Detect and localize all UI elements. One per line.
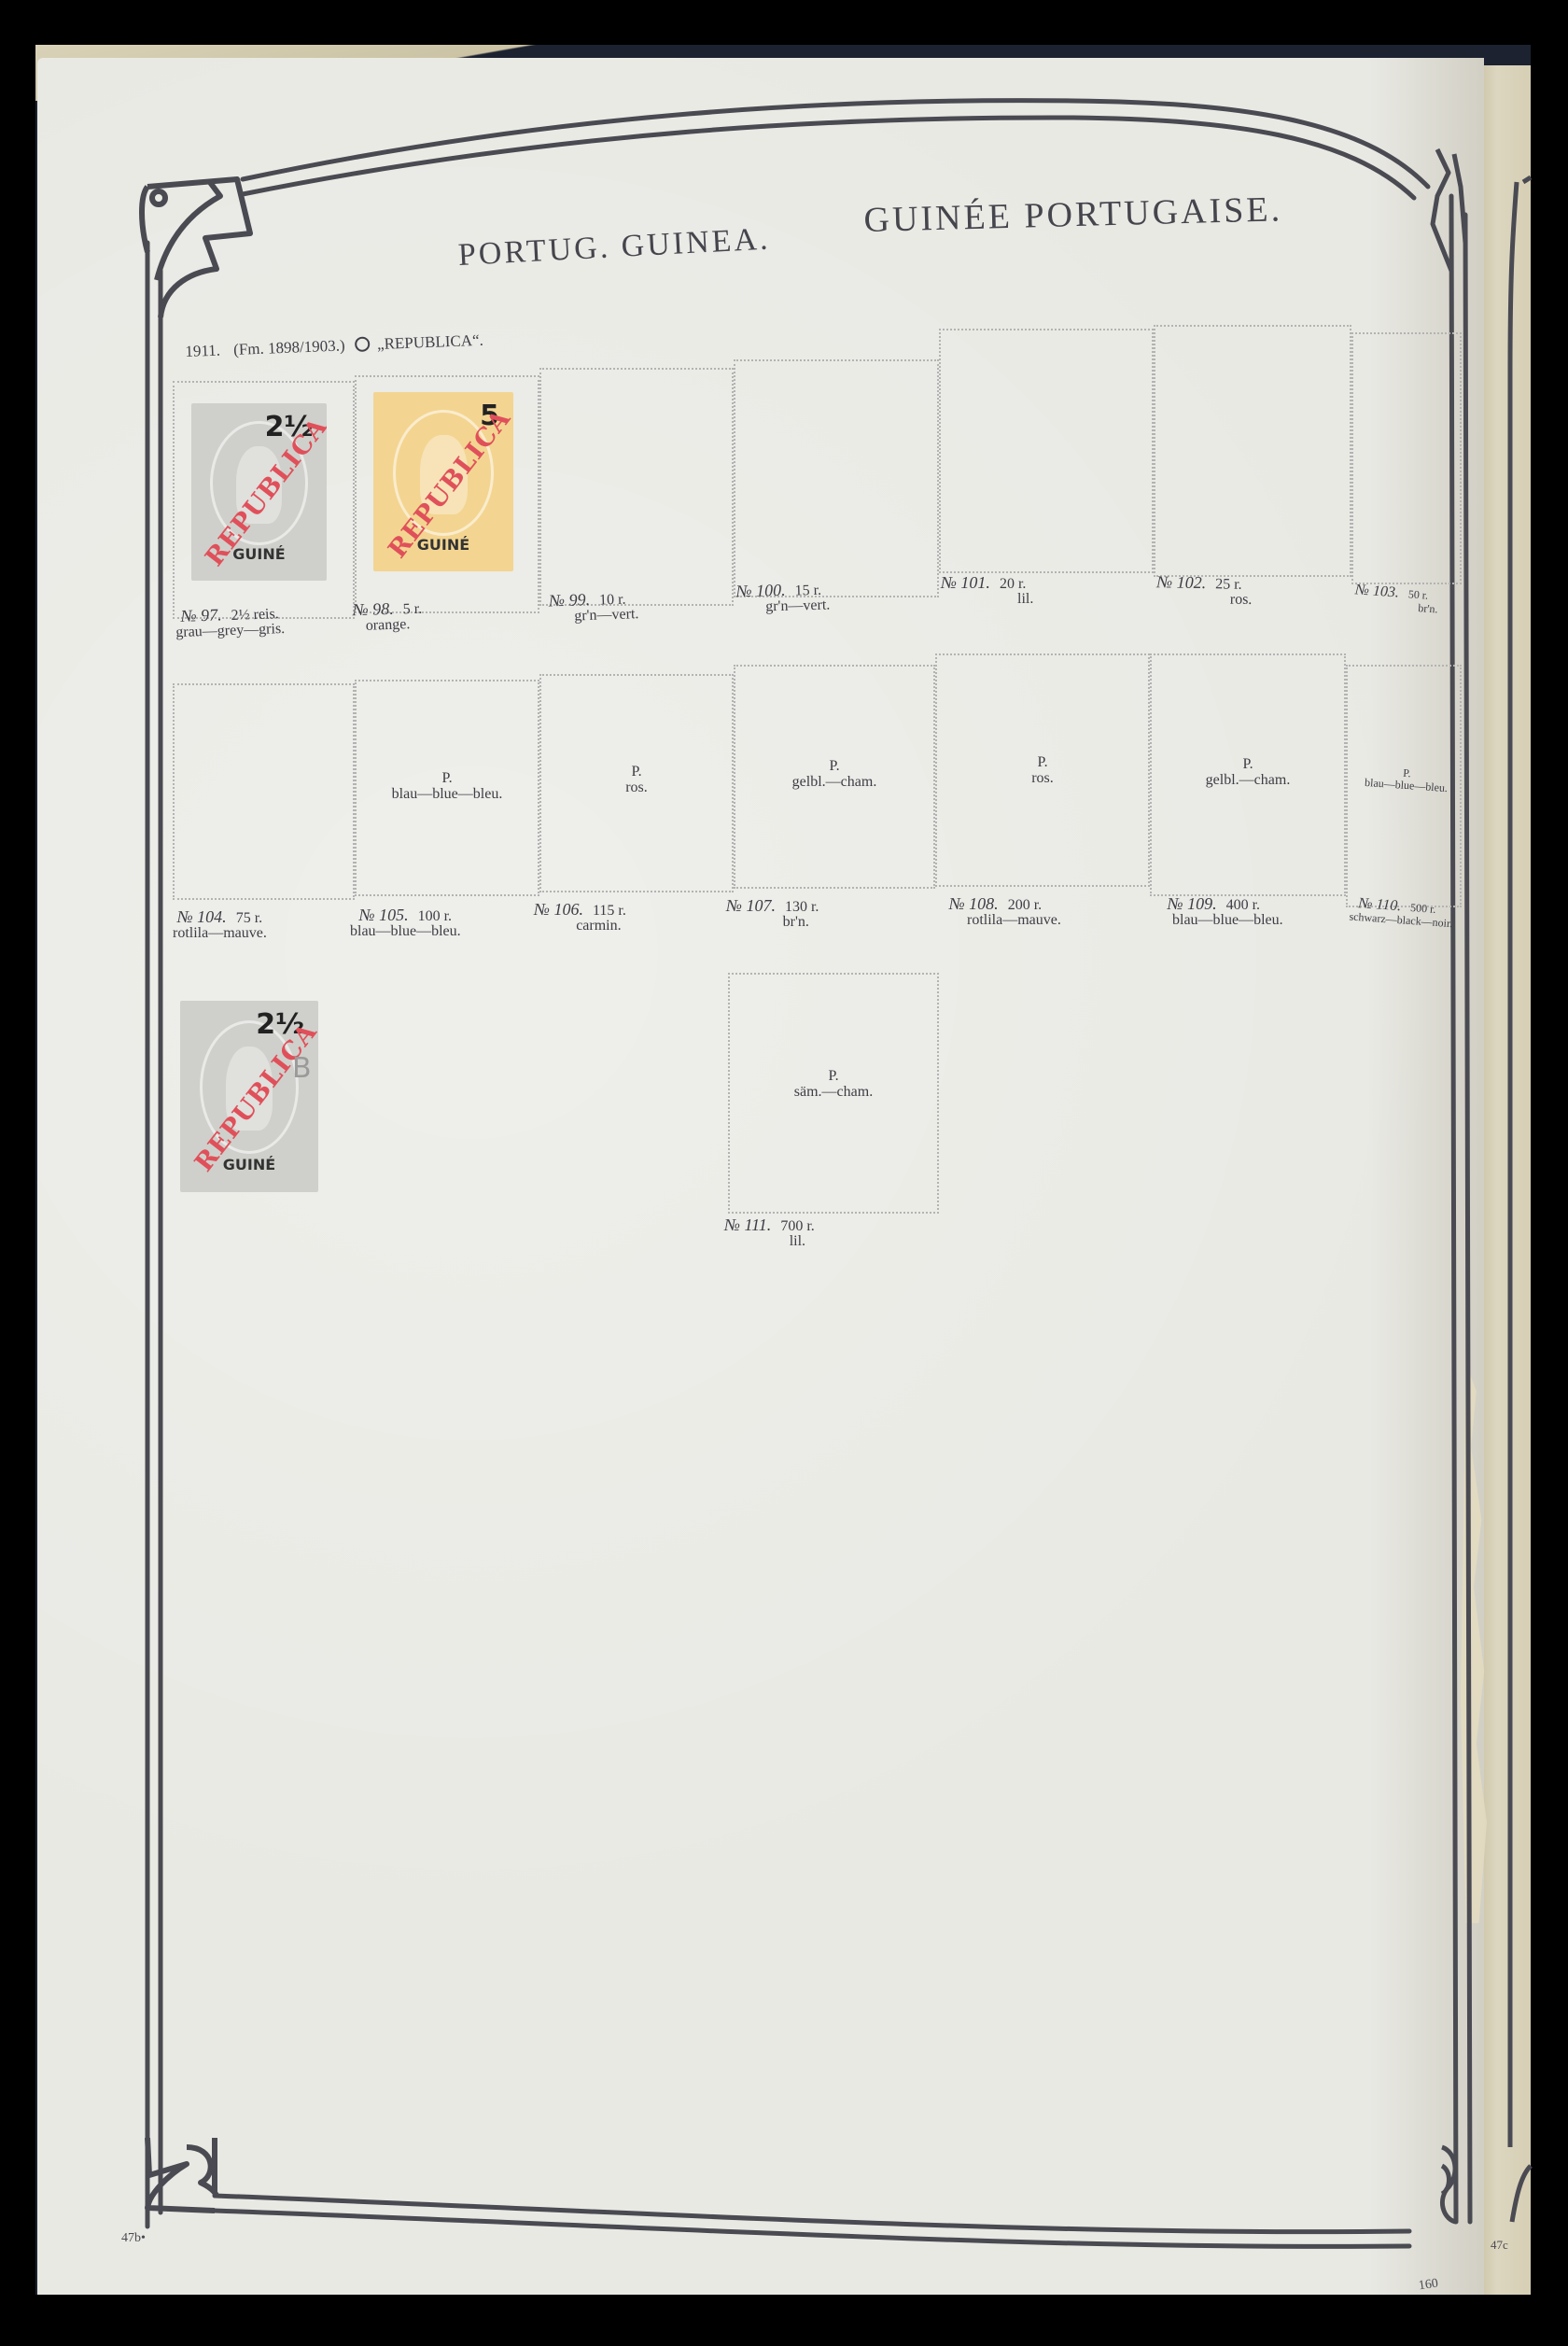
stamp-box-99[interactable] xyxy=(539,368,734,606)
label-104: № 104.75 r. rotlila—mauve. xyxy=(173,907,267,942)
inner-106: P. ros. xyxy=(539,764,734,795)
label-111: № 111.700 r. lil. xyxy=(724,1215,815,1250)
next-page-code: 47c xyxy=(1491,2238,1508,2253)
stamp-box-102[interactable] xyxy=(1154,325,1351,577)
label-108: № 108.200 r. rotlila—mauve. xyxy=(930,894,1061,929)
label-101: № 101.20 r. lil. xyxy=(933,573,1033,608)
label-98: № 98.5 r. orange. xyxy=(352,598,423,636)
issue-overprint-note: „REPUBLICA“. xyxy=(377,331,483,353)
issue-year: 1911. xyxy=(185,342,220,360)
label-109: № 109.400 r. blau—blue—bleu. xyxy=(1144,894,1283,929)
label-102: № 102.25 r. ros. xyxy=(1146,572,1253,609)
inner-107: P. gelbl.—cham. xyxy=(734,758,935,790)
stamp-97-grey-republica[interactable]: 2½ GUINÉ REPUBLICA xyxy=(191,403,327,581)
inner-109: P. gelbl.—cham. xyxy=(1150,756,1346,788)
label-106: № 106.115 r. carmin. xyxy=(534,900,626,934)
stamp-box-104[interactable] xyxy=(173,683,355,900)
inner-105: P. blau—blue—bleu. xyxy=(355,770,539,802)
label-99: № 99.10 r. gr'n—vert. xyxy=(536,588,638,626)
stamp-box-101[interactable] xyxy=(939,329,1154,573)
label-105: № 105.100 r. blau—blue—bleu. xyxy=(350,906,461,940)
label-100: № 100.15 r. gr'n—vert. xyxy=(728,580,831,617)
stamp-box-100[interactable] xyxy=(734,359,939,597)
page-code-left: 47b• xyxy=(121,2231,146,2246)
stamp-98-orange-republica[interactable]: 5 GUINÉ REPUBLICA xyxy=(373,392,513,571)
inner-111: P. säm.—cham. xyxy=(728,1068,939,1100)
label-107: № 107.130 r. br'n. xyxy=(726,896,819,931)
page-number: 160 xyxy=(1418,2277,1439,2295)
used-circle-icon xyxy=(355,336,371,352)
stamp-box-103[interactable] xyxy=(1351,332,1462,584)
postmark-letter: B xyxy=(292,1052,312,1085)
label-97: № 97.2½ reis. grau—grey—gris. xyxy=(175,603,285,641)
issue-note: (Fm. 1898/1903.) xyxy=(233,336,345,358)
inner-108: P. ros. xyxy=(935,754,1150,786)
stamp-loose-used-republica[interactable]: 2½ GUINÉ REPUBLICA B xyxy=(180,1001,318,1192)
